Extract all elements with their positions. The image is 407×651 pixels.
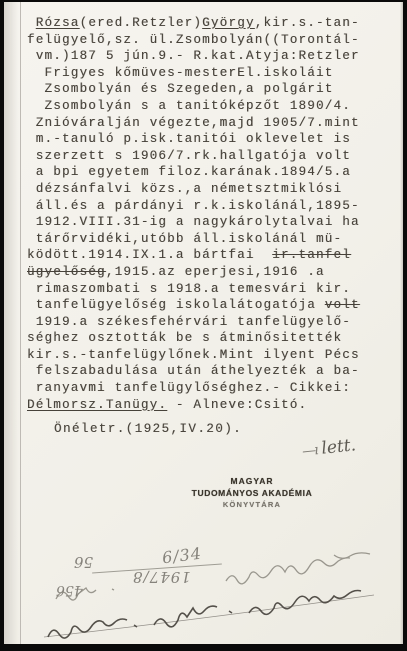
pencil-scribble-line [56,553,370,600]
typed-line: áll.és a párdányi r.k.iskolánál,1895- [27,198,395,215]
stamp-line-3: KÖNYVTÁRA [187,499,317,511]
typed-line: a bpi egyetem filoz.karának.1894/5.a [27,164,395,181]
autobiography-line: Önéletr.(1925,IV.20). [54,422,242,436]
typed-line: Rózsa(ered.Retzler)György,kir.s.-tan- [27,15,395,32]
typed-line: rimaszombati s 1918.a temesvári kir. [27,281,395,298]
handwritten-dash: —ı [301,442,317,459]
handwritten-scribbles [4,533,407,646]
ink-scribble-line [44,591,374,639]
typed-line: tanfelügyelőség iskolalátogatója volt [27,297,395,314]
typed-line: vm.)187 5 jún.9.- R.kat.Atyja:Retzler [27,48,395,65]
typed-line: Délmorsz.Tanügy. - Alneve:Csitó. [27,397,395,414]
typed-line: felügyelő,sz. ül.Zsombolyán((Torontál- [27,32,395,49]
typed-line: kir.s.-tanfelügylőnek.Mint ilyent Pécs [27,347,395,364]
library-stamp: MAGYAR TUDOMÁNYOS AKADÉMIA KÖNYVTÁRA [187,475,317,511]
typed-line: dézsánfalvi közs.,a németsztmiklósi [27,181,395,198]
typed-line: Znióváralján végezte,majd 1905/7.mint [27,115,395,132]
handwritten-note-text: lett. [320,435,356,459]
typed-line: Zsombolyán és Szegeden,a polgárit [27,81,395,98]
typewritten-text: Rózsa(ered.Retzler)György,kir.s.-tan-fel… [27,15,395,413]
stamp-line-2: TUDOMÁNYOS AKADÉMIA [187,487,317,499]
stamp-line-1: MAGYAR [187,475,317,487]
typed-line: 1919.a székesfehérvári tanfelügyelő- [27,314,395,331]
index-card: Rózsa(ered.Retzler)György,kir.s.-tan-fel… [4,2,403,644]
typed-line: m.-tanuló p.isk.tanitói oklevelet is [27,131,395,148]
typed-line: ügyelőség,1915.az eperjesi,1916 .a [27,264,395,281]
scanned-document-page: { "typewriter": { "lines": [ {"segments"… [0,0,407,651]
typed-line: ranyavmi tanfelügylőséghez.- Cikkei: [27,380,395,397]
typed-line: tárőrvidéki,utóbb áll.iskolánál mü- [27,231,395,248]
typed-line: 1912.VIII.31-ig a nagykárolytalvai ha [27,214,395,231]
typed-line: felszabadulása után áthelyezték a ba- [27,363,395,380]
typed-line: séghez osztották be s átminősitették [27,330,395,347]
typed-line: Frigyes kőmüves-mesterEl.iskoláit [27,65,395,82]
handwritten-note-right: —ılett. [301,435,357,461]
typed-line: ködött.1914.IX.1.a bártfai ir.tanfel [27,247,395,264]
typed-line: szerzett s 1906/7.rk.hallgatója volt [27,148,395,165]
typed-line: Zsombolyán s a tanitóképzőt 1890/4. [27,98,395,115]
